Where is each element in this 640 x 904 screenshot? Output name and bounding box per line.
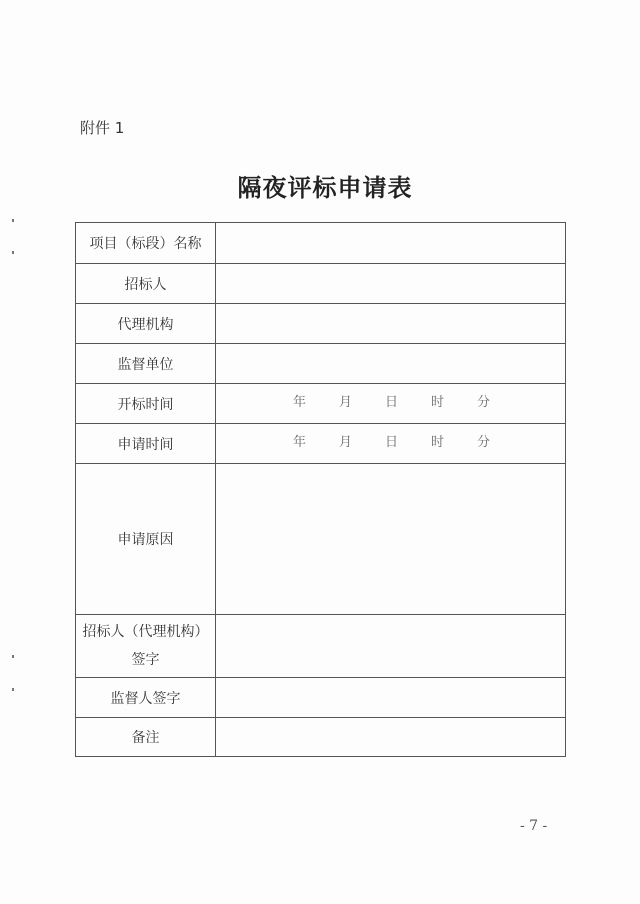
binding-hole-mark (12, 251, 14, 254)
label-remarks: 备注 (76, 718, 216, 757)
table-row-agency: 代理机构 (76, 304, 566, 344)
day-unit: 日 (385, 391, 431, 410)
table-row-reason: 申请原因 (76, 464, 566, 615)
field-opening-time[interactable]: 年 月 日 时 分 (216, 384, 566, 424)
table-row-opening-time: 开标时间 年 月 日 时 分 (76, 384, 566, 424)
label-line-1: 招标人（代理机构） (76, 618, 215, 646)
label-reason: 申请原因 (76, 464, 216, 615)
label-tenderer: 招标人 (76, 264, 216, 304)
field-remarks[interactable] (216, 718, 566, 757)
attachment-label: 附件 1 (80, 117, 124, 138)
page-number: - 7 - (520, 818, 547, 834)
field-agency[interactable] (216, 304, 566, 344)
field-reason[interactable] (216, 464, 566, 615)
minute-unit: 分 (477, 431, 523, 450)
field-application-time[interactable]: 年 月 日 时 分 (216, 424, 566, 464)
label-line-2: 签字 (76, 646, 215, 674)
table-row-supervisor-unit: 监督单位 (76, 344, 566, 384)
hour-unit: 时 (431, 431, 477, 450)
minute-unit: 分 (477, 391, 523, 410)
month-unit: 月 (339, 431, 385, 450)
month-unit: 月 (339, 391, 385, 410)
label-opening-time: 开标时间 (76, 384, 216, 424)
label-tenderer-signature: 招标人（代理机构） 签字 (76, 615, 216, 678)
label-project-name: 项目（标段）名称 (76, 223, 216, 264)
label-application-time: 申请时间 (76, 424, 216, 464)
day-unit: 日 (385, 431, 431, 450)
hour-unit: 时 (431, 391, 477, 410)
field-project-name[interactable] (216, 223, 566, 264)
application-form-table: 项目（标段）名称 招标人 代理机构 监督单位 开标时间 年 月 日 时 分 申请… (75, 222, 566, 757)
year-unit: 年 (293, 431, 339, 450)
year-unit: 年 (293, 391, 339, 410)
binding-hole-mark (12, 219, 14, 222)
binding-hole-mark (12, 688, 14, 691)
table-row-application-time: 申请时间 年 月 日 时 分 (76, 424, 566, 464)
binding-hole-mark (12, 655, 14, 658)
field-supervisor-signature[interactable] (216, 678, 566, 718)
field-tenderer-signature[interactable] (216, 615, 566, 678)
table-row-supervisor-signature: 监督人签字 (76, 678, 566, 718)
table-row-remarks: 备注 (76, 718, 566, 757)
field-supervisor-unit[interactable] (216, 344, 566, 384)
label-supervisor-signature: 监督人签字 (76, 678, 216, 718)
field-tenderer[interactable] (216, 264, 566, 304)
form-title: 隔夜评标申请表 (0, 168, 640, 203)
table-row-tenderer: 招标人 (76, 264, 566, 304)
label-supervisor-unit: 监督单位 (76, 344, 216, 384)
table-row-project-name: 项目（标段）名称 (76, 223, 566, 264)
table-row-tenderer-signature: 招标人（代理机构） 签字 (76, 615, 566, 678)
label-agency: 代理机构 (76, 304, 216, 344)
